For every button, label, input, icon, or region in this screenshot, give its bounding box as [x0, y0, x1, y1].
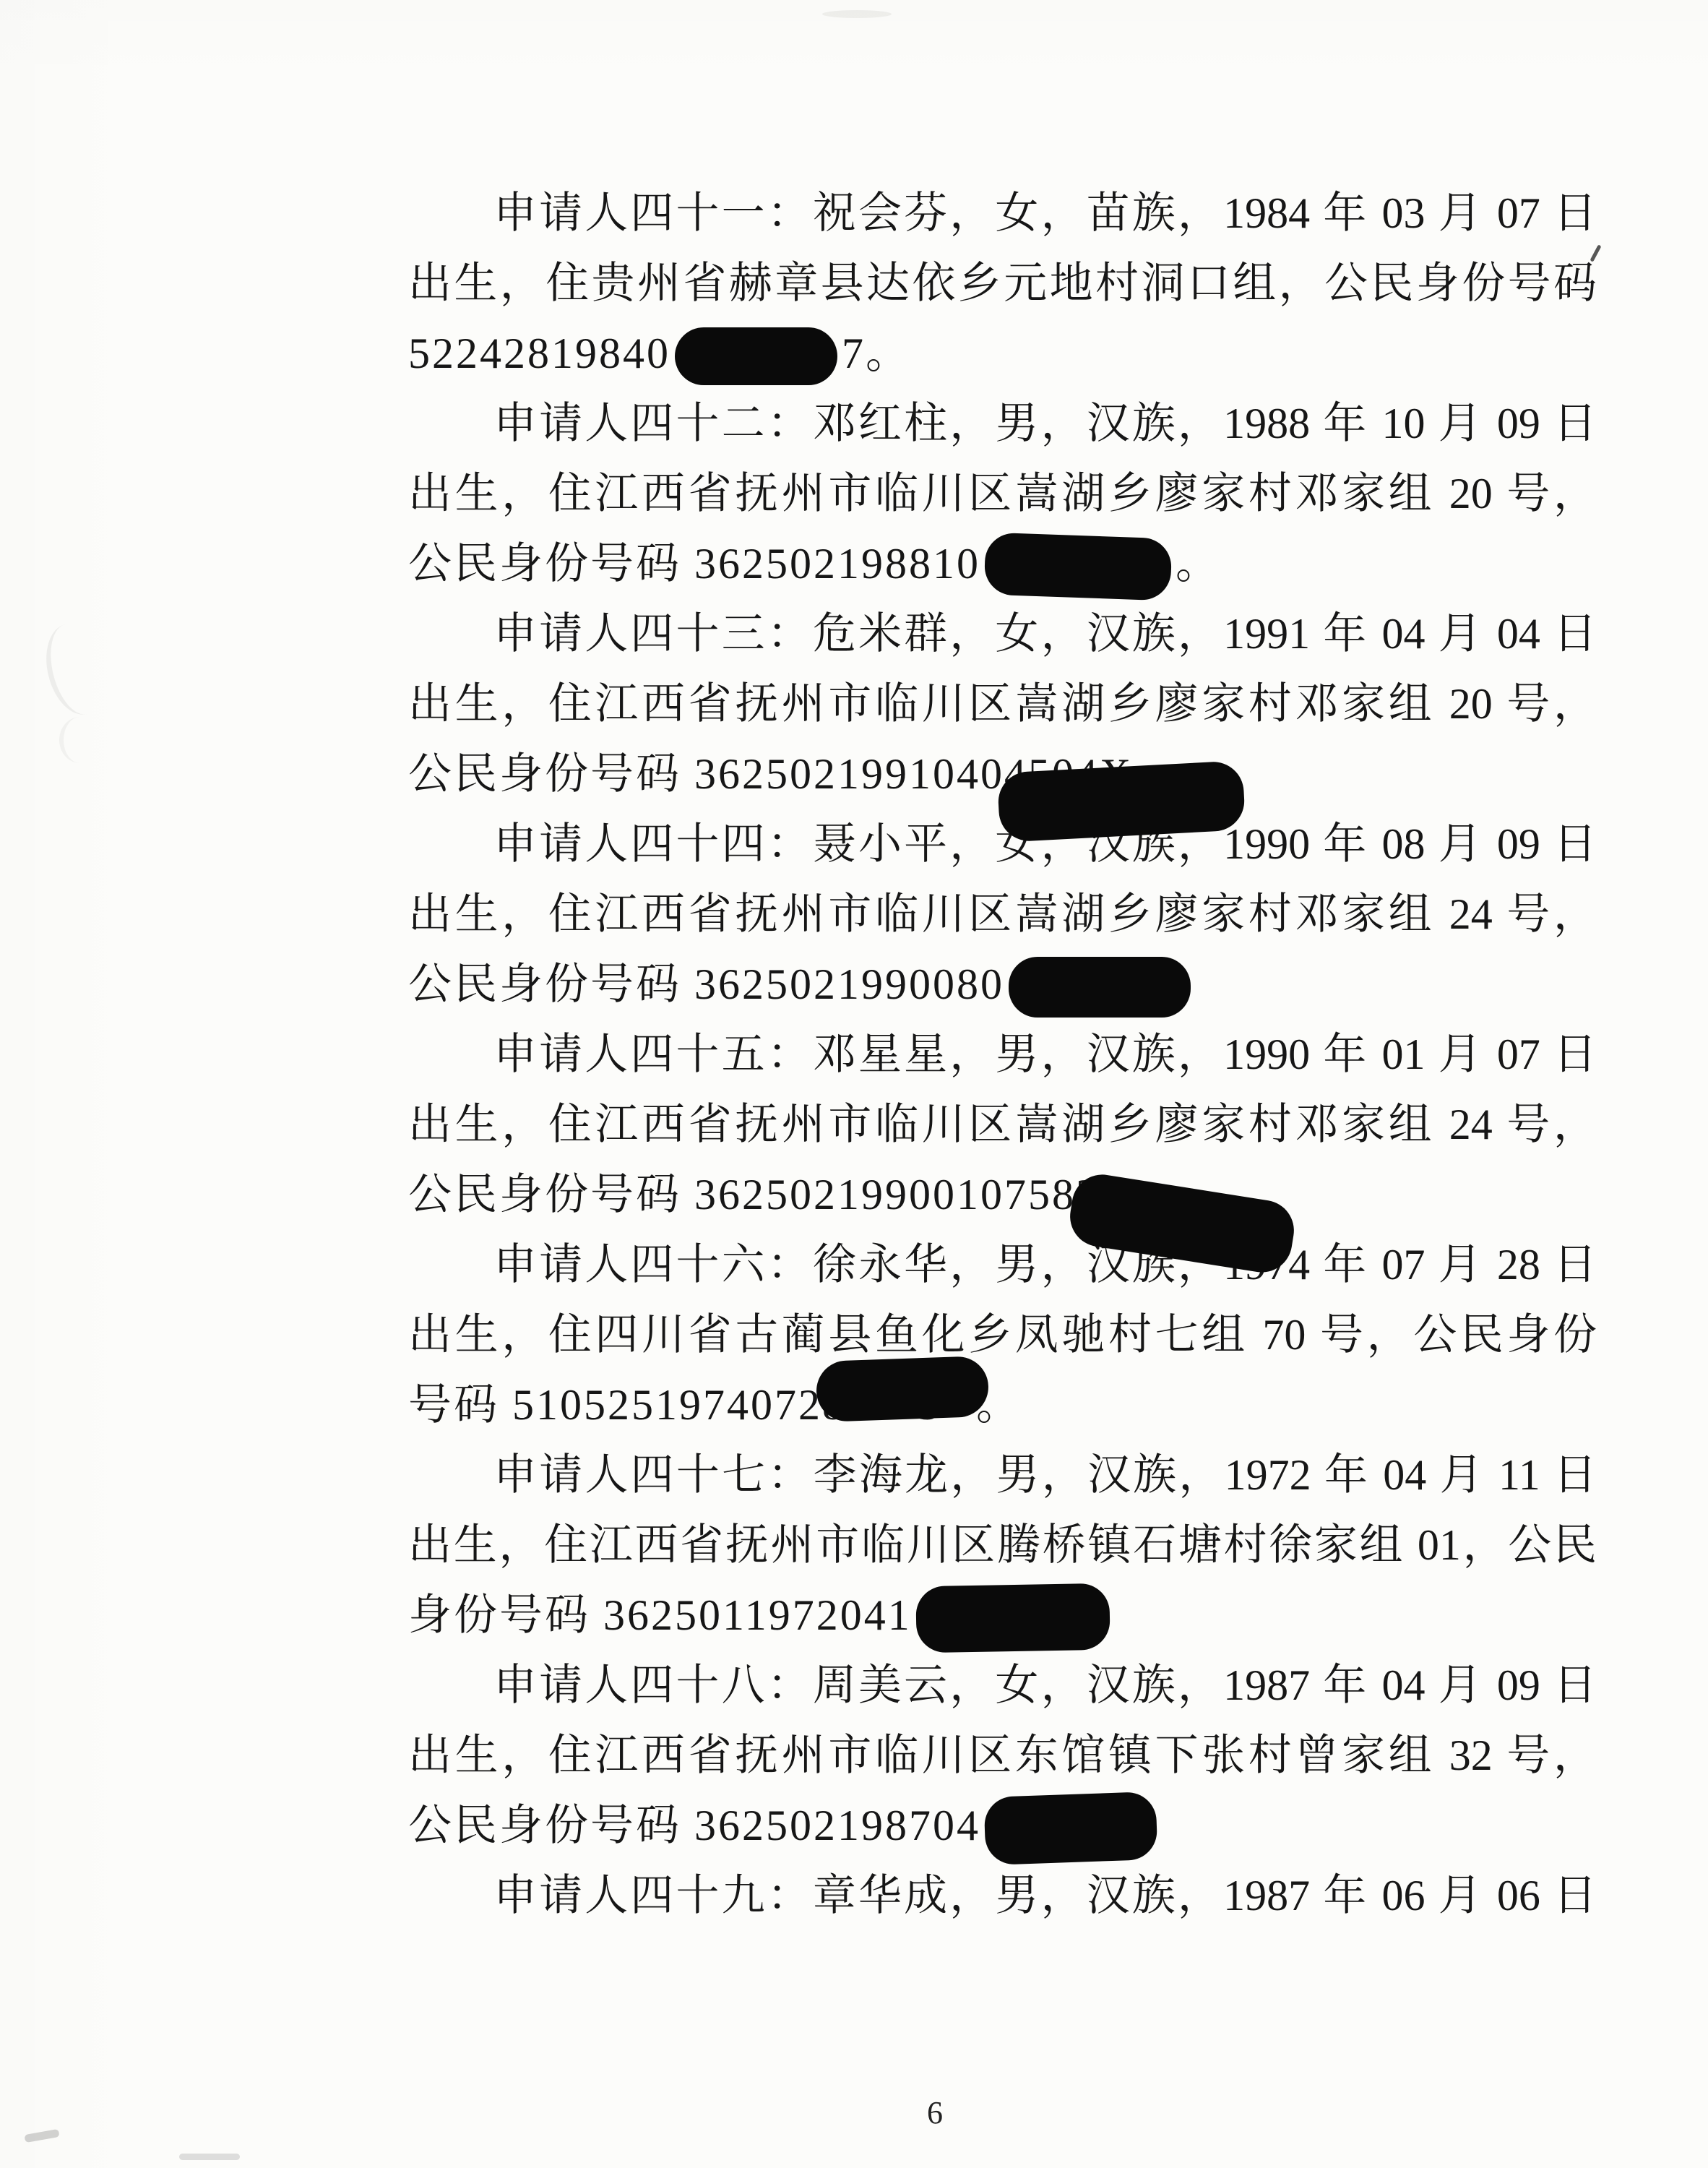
text-segment: 52242819840: [408, 330, 670, 377]
text-segment: 公民身份号码 362502198810: [408, 540, 980, 588]
applicant-paragraph: 申请人四十八：周美云，女，汉族，1987 年 04 月 09 日出生，住江西省抚…: [408, 1651, 1597, 1861]
text-line: 522428198407。: [408, 319, 1597, 389]
applicant-paragraph: 申请人四十六：徐永华，男，汉族，1974 年 07 月 28 日出生，住四川省古…: [408, 1230, 1597, 1440]
redacted-id-fragment: 81073: [822, 1370, 941, 1440]
text-line: 申请人四十五：邓星星，男，汉族，1990 年 01 月 07 日: [408, 1020, 1597, 1090]
redacted-id-fragment: 4504X: [1004, 739, 1133, 809]
text-line: 公民身份号码 36250219910404504X: [408, 739, 1597, 809]
applicant-paragraph: 申请人四十三：危米群，女，汉族，1991 年 04 月 04 日出生，住江西省抚…: [408, 599, 1597, 809]
redaction-bar: [1009, 957, 1191, 1018]
page-number: 6: [912, 2094, 958, 2131]
applicant-paragraph: 申请人四十二：邓红柱，男，汉族，1988 年 10 月 09 日出生，住江西省抚…: [408, 389, 1597, 599]
text-segment: 申请人四十二：邓红柱，男，汉族，1988 年 10 月 09 日: [493, 400, 1597, 447]
document-body: 申请人四十一：祝会芬，女，苗族，1984 年 03 月 07 日出生，住贵州省赫…: [408, 178, 1597, 1931]
text-segment: 出生，住江西省抚州市临川区嵩湖乡廖家村邓家组 20 号，: [408, 680, 1597, 728]
text-line: 申请人四十一：祝会芬，女，苗族，1984 年 03 月 07 日: [408, 178, 1597, 249]
redaction-bar: [983, 1791, 1157, 1865]
redaction-bar: [915, 1583, 1110, 1653]
text-segment: 申请人四十一：祝会芬，女，苗族，1984 年 03 月 07 日: [493, 189, 1597, 237]
scan-artifact: [59, 717, 101, 763]
text-segment: 出生，住贵州省赫章县达依乡元地村洞口组，公民身份号码: [408, 259, 1597, 307]
text-segment: 申请人四十三：危米群，女，汉族，1991 年 04 月 04 日: [493, 610, 1597, 658]
text-line: 公民身份号码 36250219900107583: [408, 1160, 1597, 1230]
text-segment: 号码 5105251974072: [408, 1381, 822, 1429]
text-line: 出生，住江西省抚州市临川区嵩湖乡廖家村邓家组 24 号，: [408, 879, 1597, 950]
text-segment: 公民身份号码 3625021990080: [408, 960, 1004, 1008]
applicant-paragraph: 申请人四十五：邓星星，男，汉族，1990 年 01 月 07 日出生，住江西省抚…: [408, 1020, 1597, 1230]
text-segment: 申请人四十九：章华成，男，汉族，1987 年 06 月 06 日: [493, 1872, 1597, 1919]
text-segment: 申请人四十五：邓星星，男，汉族，1990 年 01 月 07 日: [493, 1031, 1597, 1078]
text-line: 出生，住江西省抚州市临川区东馆镇下张村曾家组 32 号，: [408, 1721, 1597, 1791]
text-line: 公民身份号码 362502198704: [408, 1791, 1597, 1861]
applicant-paragraph: 申请人四十一：祝会芬，女，苗族，1984 年 03 月 07 日出生，住贵州省赫…: [408, 178, 1597, 389]
text-line: 公民身份号码 3625021990080: [408, 950, 1597, 1020]
text-segment: 公民身份号码 3625021991040: [408, 750, 1004, 798]
text-line: 出生，住江西省抚州市临川区嵩湖乡廖家村邓家组 20 号，: [408, 669, 1597, 739]
text-line: 申请人四十八：周美云，女，汉族，1987 年 04 月 09 日: [408, 1651, 1597, 1721]
text-segment: 申请人四十七：李海龙，男，汉族，1972 年 04 月 11 日: [493, 1451, 1597, 1499]
text-line: 申请人四十三：危米群，女，汉族，1991 年 04 月 04 日: [408, 599, 1597, 669]
scan-artifact: [24, 2129, 59, 2143]
text-line: 出生，住贵州省赫章县达依乡元地村洞口组，公民身份号码: [408, 249, 1597, 319]
text-segment: 。: [1176, 540, 1221, 588]
applicant-paragraph: 申请人四十九：章华成，男，汉族，1987 年 06 月 06 日: [408, 1861, 1597, 1931]
text-line: 出生，住江西省抚州市临川区嵩湖乡廖家村邓家组 24 号，: [408, 1090, 1597, 1160]
redacted-id-fragment: 3: [1076, 1160, 1100, 1230]
text-line: 申请人四十二：邓红柱，男，汉族，1988 年 10 月 09 日: [408, 389, 1597, 459]
scan-artifact: [822, 10, 892, 18]
scan-artifact: [179, 2154, 240, 2160]
redaction-bar: [816, 1356, 990, 1422]
text-line: 公民身份号码 362502198810。: [408, 529, 1597, 599]
text-segment: 出生，住江西省抚州市临川区嵩湖乡廖家村邓家组 24 号，: [408, 1101, 1597, 1148]
text-line: 出生，住江西省抚州市临川区嵩湖乡廖家村邓家组 20 号，: [408, 459, 1597, 529]
text-segment: 出生，住江西省抚州市临川区嵩湖乡廖家村邓家组 20 号，: [408, 470, 1597, 517]
redaction-bar: [675, 327, 837, 385]
text-segment: 7。: [842, 330, 911, 377]
text-segment: 出生，住江西省抚州市临川区嵩湖乡廖家村邓家组 24 号，: [408, 890, 1597, 938]
text-segment: 出生，住江西省抚州市临川区腾桥镇石塘村徐家组 01，公民: [408, 1521, 1597, 1569]
text-line: 号码 510525197407281073。: [408, 1370, 1597, 1440]
text-segment: 身份号码 3625011972041: [408, 1591, 912, 1639]
text-line: 申请人四十九：章华成，男，汉族，1987 年 06 月 06 日: [408, 1861, 1597, 1931]
text-segment: 出生，住四川省古蔺县鱼化乡凤驰村七组 70 号，公民身份: [408, 1311, 1597, 1359]
text-line: 申请人四十六：徐永华，男，汉族，1974 年 07 月 28 日: [408, 1230, 1597, 1300]
text-line: 身份号码 3625011972041: [408, 1580, 1597, 1651]
applicant-paragraph: 申请人四十四：聂小平，女，汉族，1990 年 08 月 09 日出生，住江西省抚…: [408, 809, 1597, 1020]
text-line: 出生，住江西省抚州市临川区腾桥镇石塘村徐家组 01，公民: [408, 1510, 1597, 1580]
text-line: 申请人四十七：李海龙，男，汉族，1972 年 04 月 11 日: [408, 1440, 1597, 1510]
redaction-bar: [997, 760, 1246, 843]
text-segment: 公民身份号码 3625021990010758: [408, 1171, 1076, 1218]
text-segment: 申请人四十六：徐永华，男，汉族，1974 年 07 月 28 日: [493, 1241, 1597, 1289]
text-segment: 公民身份号码 362502198704: [408, 1802, 980, 1849]
document-page: 申请人四十一：祝会芬，女，苗族，1984 年 03 月 07 日出生，住贵州省赫…: [0, 0, 1708, 2168]
applicant-paragraph: 申请人四十七：李海龙，男，汉族，1972 年 04 月 11 日出生，住江西省抚…: [408, 1440, 1597, 1651]
redaction-bar: [984, 533, 1173, 601]
text-segment: 出生，住江西省抚州市临川区东馆镇下张村曾家组 32 号，: [408, 1732, 1597, 1779]
scan-artifact: [38, 617, 116, 720]
text-segment: 申请人四十八：周美云，女，汉族，1987 年 04 月 09 日: [493, 1661, 1597, 1709]
text-line: 出生，住四川省古蔺县鱼化乡凤驰村七组 70 号，公民身份: [408, 1300, 1597, 1370]
